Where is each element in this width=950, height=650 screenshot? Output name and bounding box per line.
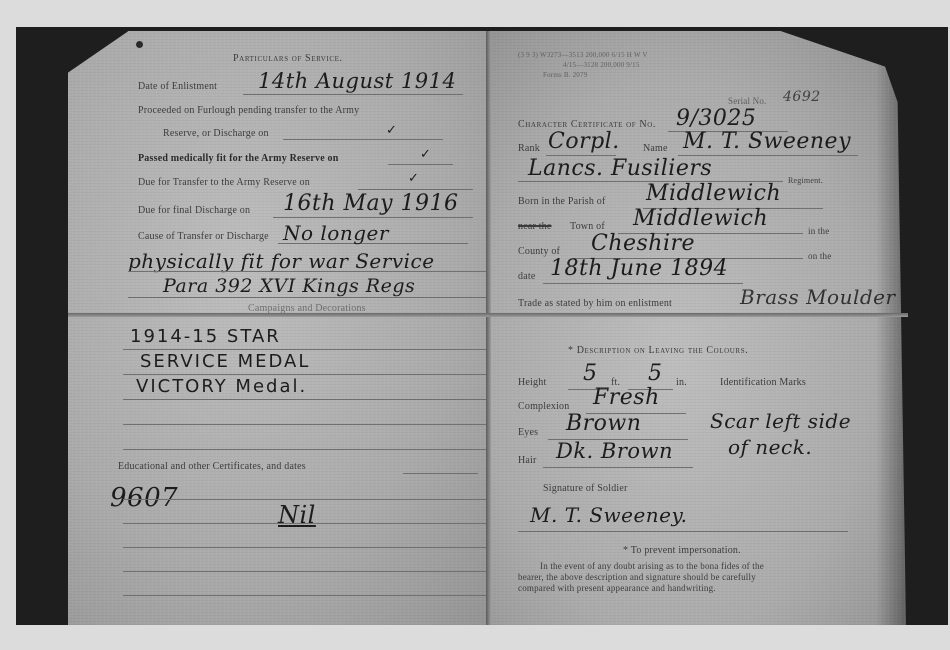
parish-value: Middlewich [646, 181, 781, 206]
particulars-heading: Particulars of Service. [233, 53, 343, 64]
enlistment-label: Date of Enlistment [138, 81, 217, 92]
left-page: Particulars of Service. Date of Enlistme… [68, 31, 500, 625]
name-value: M. T. Sweeney [683, 129, 851, 154]
certificate-value: Nil [278, 501, 316, 529]
name-label: Name [643, 143, 668, 154]
furlough-label: Proceeded on Furlough pending transfer t… [138, 105, 359, 116]
reserve-label: Due for Transfer to the Army Reserve on [138, 177, 310, 188]
passed-check: ✓ [420, 147, 431, 162]
footnote-line-1: In the event of any doubt arising as to … [540, 561, 764, 571]
certificate-number: 9607 [110, 483, 178, 513]
height-inches: 5 [648, 361, 663, 386]
trade-label: Trade as stated by him on enlistment [518, 298, 672, 309]
enlistment-value: 14th August 1914 [258, 69, 456, 93]
document-photograph: Particulars of Service. Date of Enlistme… [16, 27, 948, 625]
serial-value: 4692 [783, 89, 821, 105]
in-the-label: in the [808, 226, 829, 236]
rule [283, 139, 443, 140]
rule [123, 349, 493, 350]
county-value: Cheshire [591, 231, 695, 256]
cause-value-1: No longer [283, 221, 389, 245]
rule [388, 164, 453, 165]
height-label: Height [518, 377, 546, 388]
rule [543, 467, 693, 468]
serial-label: Serial No. [728, 96, 767, 106]
rule [123, 595, 493, 596]
rule [123, 399, 493, 400]
rule [123, 374, 493, 375]
in-label: in. [676, 377, 687, 388]
rule [123, 449, 493, 450]
rule [128, 297, 488, 298]
form-header-2: 4/15—3128 200,000 9/15 [563, 61, 640, 69]
medal-1: 1914-15 STAR [130, 326, 281, 347]
complexion-value: Fresh [593, 385, 660, 410]
birth-date-value: 18th June 1894 [550, 256, 728, 281]
date-label: date [518, 271, 535, 282]
rule [543, 283, 743, 284]
passed-label: Passed medically fit for the Army Reserv… [138, 153, 339, 164]
footnote-heading: * To prevent impersonation. [623, 545, 741, 556]
rule [123, 547, 493, 548]
parish-label: Born in the Parish of [518, 196, 606, 207]
signature-label: Signature of Soldier [543, 483, 628, 494]
character-number: 9/3025 [676, 106, 756, 131]
right-page: (3 9 3) W3273—3513 200,000 6/15 H W V 4/… [488, 31, 906, 625]
height-feet: 5 [583, 361, 598, 386]
footnote-line-2: bearer, the above description and signat… [518, 572, 756, 582]
medal-3: VICTORY Medal. [136, 376, 307, 397]
final-discharge-value: 16th May 1916 [283, 191, 459, 216]
reserve-check: ✓ [408, 171, 419, 186]
footnote-line-3: compared with present appearance and han… [518, 583, 716, 593]
form-header-3: Forms B. 2079 [543, 71, 587, 79]
rule [358, 189, 473, 190]
regiment-label: Regiment. [788, 176, 823, 185]
rule [123, 571, 493, 572]
rule [123, 424, 493, 425]
rule [403, 473, 478, 474]
rule [123, 499, 493, 500]
rank-label: Rank [518, 143, 540, 154]
form-header-1: (3 9 3) W3273—3513 200,000 6/15 H W V [518, 51, 648, 59]
center-fold [486, 31, 491, 625]
regiment-value: Lancs. Fusiliers [528, 156, 712, 181]
certificates-label: Educational and other Certificates, and … [118, 461, 306, 472]
final-discharge-label: Due for final Discharge on [138, 205, 250, 216]
rule [273, 217, 473, 218]
identification-marks-value-1: Scar left side [710, 409, 851, 433]
hair-label: Hair [518, 455, 537, 466]
complexion-label: Complexion [518, 401, 569, 412]
eyes-value: Brown [566, 411, 641, 436]
identification-marks-label: Identification Marks [720, 377, 806, 388]
horizontal-fold [68, 313, 908, 317]
furlough-check: ✓ [386, 123, 397, 138]
description-heading: * Description on Leaving the Colours. [568, 345, 748, 356]
cause-label: Cause of Transfer or Discharge [138, 231, 269, 242]
page-edge-shadow [876, 31, 906, 625]
rule [518, 531, 848, 532]
rule [128, 271, 488, 272]
town-prefix-struck: near the [518, 221, 552, 232]
furlough-label-2: Reserve, or Discharge on [163, 128, 269, 139]
medal-2: SERVICE MEDAL [140, 351, 310, 372]
town-value: Middlewich [633, 206, 768, 231]
rule [243, 94, 463, 95]
rule [123, 523, 493, 524]
soldier-signature: M. T. Sweeney. [530, 503, 688, 527]
cause-value-2: physically fit for war Service [128, 249, 435, 273]
punch-hole [136, 41, 143, 48]
rank-value: Corpl. [548, 129, 620, 154]
on-the-label: on the [808, 251, 831, 261]
identification-marks-value-2: of neck. [728, 435, 812, 459]
eyes-label: Eyes [518, 427, 538, 438]
trade-value: Brass Moulder [740, 285, 896, 309]
cause-value-3: Para 392 XVI Kings Regs [163, 275, 415, 297]
hair-value: Dk. Brown [556, 439, 673, 463]
